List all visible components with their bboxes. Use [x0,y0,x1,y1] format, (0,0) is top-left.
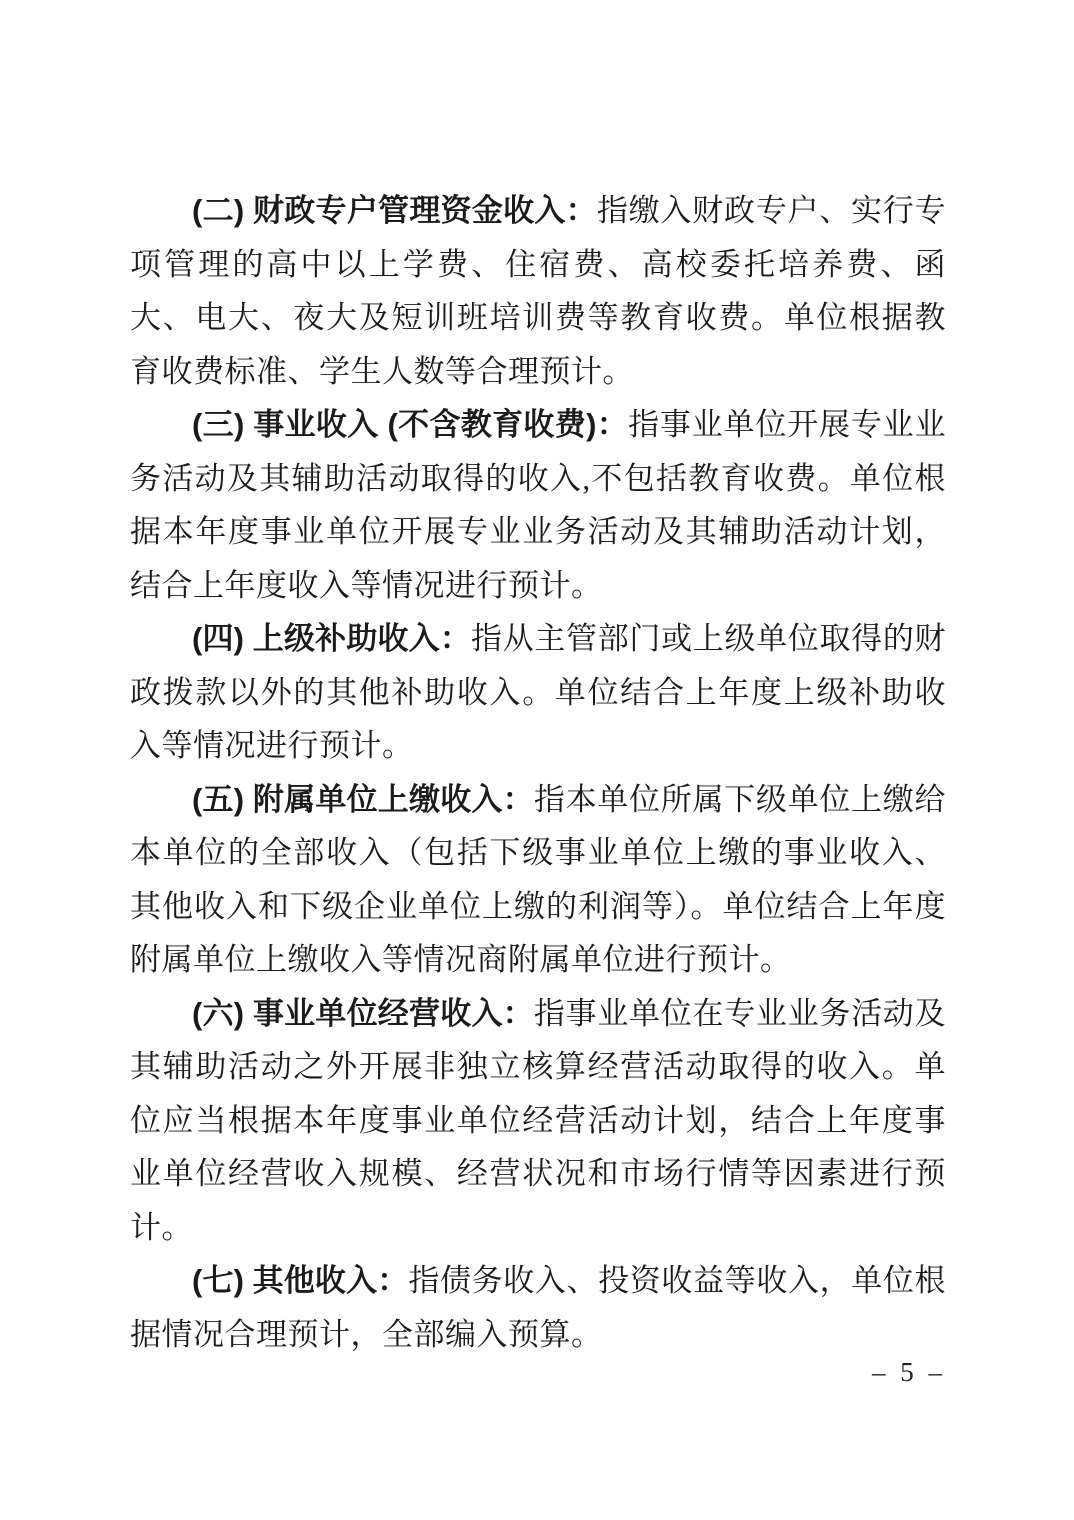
paragraph-item-2: (二) 财政专户管理资金收入：指缴入财政专户、实行专项管理的高中以上学费、住宿费… [130,184,946,398]
document-page: (二) 财政专户管理资金收入：指缴入财政专户、实行专项管理的高中以上学费、住宿费… [0,0,1074,1520]
paragraph-item-4: (四) 上级补助收入：指从主管部门或上级单位取得的财政拨款以外的其他补助收入。单… [130,612,946,773]
page-number: – 5 – [872,1352,946,1392]
paragraph-heading: (二) 财政专户管理资金收入： [192,193,597,228]
paragraph-text: 指事业单位在专业业务活动及其辅助活动之外开展非独立核算经营活动取得的收入。单位应… [130,996,946,1245]
paragraph-heading: (七) 其他收入： [192,1263,408,1298]
paragraph-item-5: (五) 附属单位上缴收入：指本单位所属下级单位上缴给本单位的全部收入（包括下级事… [130,773,946,987]
paragraph-item-7: (七) 其他收入：指债务收入、投资收益等收入，单位根据情况合理预计，全部编入预算… [130,1254,946,1361]
paragraph-heading: (五) 附属单位上缴收入： [192,782,534,817]
paragraph-heading: (四) 上级补助收入： [192,621,471,656]
paragraph-heading: (六) 事业单位经营收入： [192,996,534,1031]
document-body: (二) 财政专户管理资金收入：指缴入财政专户、实行专项管理的高中以上学费、住宿费… [130,184,946,1361]
paragraph-item-3: (三) 事业收入 (不含教育收费)：指事业单位开展专业业务活动及其辅助活动取得的… [130,398,946,612]
paragraph-heading: (三) 事业收入 (不含教育收费)： [192,407,628,442]
paragraph-item-6: (六) 事业单位经营收入：指事业单位在专业业务活动及其辅助活动之外开展非独立核算… [130,987,946,1255]
